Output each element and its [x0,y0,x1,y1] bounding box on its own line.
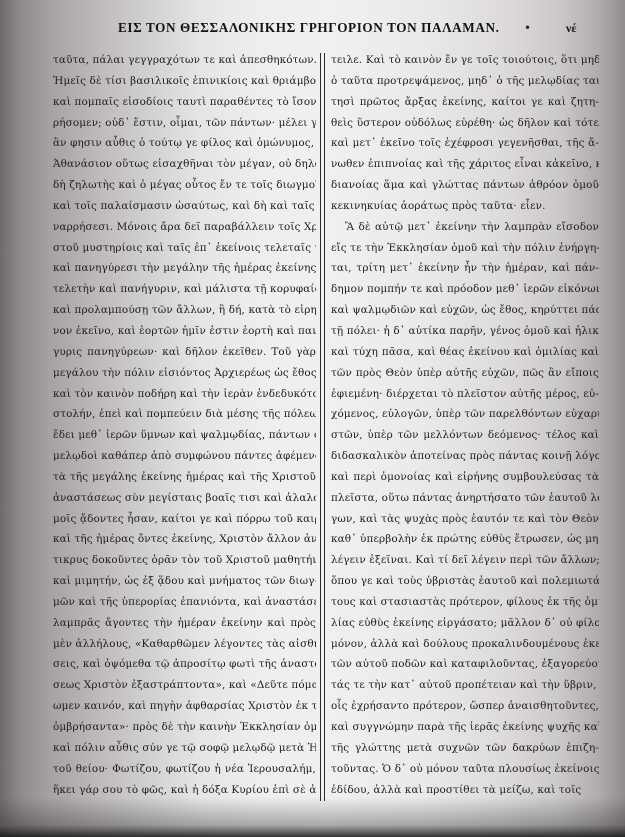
text-line: τοῦ θείου· Φωτίζου, φωτίζου ἡ νέα Ἱερουσ… [53,759,316,780]
text-line: ἀναστάσεως σὺν μεγίσταις βοαῖς τισι καὶ … [53,488,316,509]
text-line: ναρρήσεσι. Μόνοις ἄρα δεῖ παραβάλλειν το… [53,217,316,238]
left-text-column: ταῦτα, πάλαι γεγγραχότων τε καὶ ἀπεσθηκό… [53,50,316,800]
text-line: ὀμβρήσαντα»· πρὸς δὲ τὴν καινὴν Ἐκκλησία… [53,717,316,738]
text-line: λαμπρᾶς ἄγοντες τὴν ἡμέραν ἐκείνην καὶ π… [53,613,316,634]
text-line: τοῦντας. Ὁ δ᾽ οὐ μόνον ταῦτα πλουσίως ἐκ… [331,759,599,780]
text-line: μελῳδοὶ καθάπερ ἀπὸ συμφώνου πάντες ἀφέμ… [53,446,316,467]
text-line: ται, τρίτη μετ᾽ ἐκείνην ἦν τὴν ἡμέραν, κ… [331,258,599,279]
text-line: καὶ μιμητήν, ὡς ἐξ ᾅδου καὶ μνήματος τῶν… [53,571,316,592]
text-line: εἴς τε τὴν Ἐκκλησίαν ὁμοῦ καὶ τὴν πόλιν … [331,238,599,259]
page-number: νέ [566,21,577,36]
text-line: δὴ ζηλωτὴς καὶ ὁ μέγας οὗτος ἔν τε τοῖς … [53,175,316,196]
text-line: καὶ πανηγύρεσι τὴν μεγάλην τῆς ἡμέρας ἐκ… [53,258,316,279]
text-line: καὶ μετ᾽ ἐκεῖνο τοῖς ἐχέφροσι γεγενῆσθαι… [331,133,599,154]
text-line: καὶ περὶ ὁμονοίας καὶ εἰρήνης συμβουλεύσ… [331,467,599,488]
text-line: Ἀθανάσιον οὕτως εἰσαχθῆναι τὸν μέγαν, οὐ… [53,154,316,175]
text-line: λίας εὐθὺς ἐκείνης εἰργάσατο; μᾶλλον δ᾽ … [331,613,599,634]
text-line: καὶ τὸν καινὸν ποδήρη καὶ τὴν ἱερὰν ἐνδε… [53,384,316,405]
text-line: ἥκει γάρ σου τὸ φῶς, καὶ ἡ δόξα Κυρίου ἐ… [53,780,316,801]
text-line: ταῦτα, πάλαι γεγγραχότων τε καὶ ἀπεσθηκό… [53,50,316,71]
text-line: νωθεν ἐπιπνοίας καὶ τῆς χάριτος εἶναι κἀ… [331,154,599,175]
right-text-column: τειλε. Καὶ τὸ καινὸν ἔν γε τοῖς τοιούτοι… [331,50,599,800]
text-line: διανοίας ἅμα καὶ γλώττας πάντων ἀθρόον ὁ… [331,175,599,196]
text-line: μοῖς ᾄδοντες ἦσαν, καίτοι γε καὶ πόρρω τ… [53,509,316,530]
text-line: καὶ προλαμπούσῃ τῶν ἄλλων, ἣ δή, κατὰ τὸ… [53,300,316,321]
text-line: καθ᾽ ὑπερβολὴν ἐκ πρώτης εὐθὺς ἔτρωσεν, … [331,529,599,550]
text-line: τὰ τῆς μεγάλης ἐκείνης ἡμέρας καὶ τῆς Χρ… [53,467,316,488]
text-line: καὶ πόλιν αὖθις σύν γε τῷ σοφῷ μελῳδῷ με… [53,738,316,759]
text-line: τειλε. Καὶ τὸ καινὸν ἔν γε τοῖς τοιούτοι… [331,50,599,71]
text-line: στοῦ μυστηρίοις καὶ ταῖς ἐπ᾽ ἐκείνοις τε… [53,238,316,259]
text-line: στῶν, ὑπὲρ τῶν μελλόντων δεόμενος· τέλος… [331,425,599,446]
separator-dot: • [524,21,531,35]
text-line: καὶ τοῖς παλαίσμασιν ὡσαύτως, καὶ δὴ καὶ… [53,196,316,217]
text-line: ὁ ταῦτα προτρεψάμενος, μηδ᾽ ὁ τῆς μελῳδί… [331,71,599,92]
text-line: πλεῖστα, οὕτω πάντας ἀνηρτήσατο τῶν ἑαυτ… [331,488,599,509]
text-line: καὶ τῆς ἡμέρας ὄντες ἐκείνης, Χριστὸν ἄλ… [53,529,316,550]
text-line: ρήσομεν; οὐδ᾽ ἔστιν, οἶμαι, τῶν πάντων· … [53,113,316,134]
text-line: λέγειν ἐξεῖναι. Καὶ τί δεῖ λέγειν περὶ τ… [331,550,599,571]
scanned-page: ΕΙΣ ΤΟΝ ΘΕΣΣΑΛΟΝΙΚΗΣ ΓΡΗΓΟΡΙΟΝ ΤΟΝ ΠΑΛΑΜ… [0,0,625,837]
text-line: κεκινηκυίας ἀοράτως πρὸς ταῦτα· εἶεν. [331,196,599,217]
running-head: ΕΙΣ ΤΟΝ ΘΕΣΣΑΛΟΝΙΚΗΣ ΓΡΗΓΟΡΙΟΝ ΤΟΝ ΠΑΛΑΜ… [118,20,499,36]
text-line: σεις, καὶ ὀψόμεθα τῷ ἀπροσίτῳ φωτὶ τῆς ἀ… [53,654,316,675]
text-line: δημον πομπήν τε καὶ πρόοδον μεθ᾽ ἱερῶν ε… [331,279,599,300]
text-line: ωμεν καινόν, καὶ πηγὴν ἀφθαρσίας Χριστὸν… [53,696,316,717]
text-line: καὶ τύχη πᾶσα, καὶ θέας ἐκείνου καὶ ὁμιλ… [331,342,599,363]
text-line: ἔδει μεθ᾽ ἱερῶν ὕμνων καὶ ψαλμῳδίας, πάν… [53,425,316,446]
text-line: μεγάλου τὴν πόλιν εἰσιόντος Ἀρχιερέως ὡς… [53,363,316,384]
column-divider-rule [324,53,325,801]
text-line: τους καὶ στασιαστὰς πρότερον, φίλους ἐκ … [331,592,599,613]
text-line: τῆς γλώττης μετὰ συχνῶν τῶν δακρύων ἐπιζ… [331,738,599,759]
text-line: καὶ πομπαῖς εἰσοδίοις ταυτὶ παραθέντες τ… [53,92,316,113]
text-line: διδασκαλικὸν ἀποτείνας πρὸς πάντας κοινῇ… [331,446,599,467]
text-line: μόνον, ἀλλὰ καὶ δούλους προκαλινδουμένου… [331,634,599,655]
text-line: ὅπου γε καὶ τοὺς ὑβριστὰς ἑαυτοῦ καὶ πολ… [331,571,599,592]
text-line: γων, καὶ τὰς ψυχὰς πρὸς ἑαυτόν τε καὶ τὸ… [331,509,599,530]
text-line: καὶ ψαλμῳδιῶν καὶ εὐχῶν, ὡς ἔθος, κηρύττ… [331,300,599,321]
text-line: στολήν, ἐπεὶ καὶ πομπεύειν διὰ μέσης τῆς… [53,404,316,425]
text-line: μὲν ἀλλήλους, «Καθαρθῶμεν λέγοντες τὰς α… [53,634,316,655]
text-line: νον ἐκεῖνο, καὶ ἑορτῶν ἡμῖν ἐστιν ἑορτὴ … [53,321,316,342]
text-line: τησὶ πρῶτος ἄρξας ἐκείνης, καίτοι γε καὶ… [331,92,599,113]
text-line: ἐδίδου, ἀλλὰ καὶ προστίθει τὰ μείζω, καὶ… [331,780,599,801]
text-line: σεως Χριστὸν ἐξαστράπτοντα», καὶ «Δεῦτε … [53,675,316,696]
text-line: τικρυς δοκοῦντες ὁρᾶν τὸν τοῦ Χριστοῦ μα… [53,550,316,571]
text-line: Ἡμεῖς δὲ τίσι βασιλικοῖς ἐπινικίοις καὶ … [53,71,316,92]
text-line: χόμενος, εὐλογῶν, ὑπὲρ τῶν παρελθόντων ε… [331,404,599,425]
text-line: θεὶς ὕστερον οὐδόλως εὑρέθη· ὡς δῆλον κα… [331,113,599,134]
text-line: μῶν καὶ τῆς ὑπερορίας ἐπανιόντα, καὶ ἀνα… [53,592,316,613]
text-line: τάς τε τὴν κατ᾽ αὐτοῦ προπέτειαν καὶ τὴν… [331,675,599,696]
text-line: τελετὴν καὶ πανήγυριν, καὶ μάλιστα τῇ κο… [53,279,316,300]
text-line: τῶν αὐτοῦ ποδῶν καὶ καταφιλοῦντας, ἐξαγο… [331,654,599,675]
text-line: ἐφιεμένη· διέρχεται τὸ πλεῖστον αὐτῆς μέ… [331,384,599,405]
text-line: ἂν φησιν αὖθις ὁ τούτῳ γε φίλος καὶ ὁμών… [53,133,316,154]
text-line: γυρις πανηγύρεων· καὶ δῆλον ἐκεῖθεν. Τοῦ… [53,342,316,363]
text-line: οἷς ἐχρήσαντο πρότερον, ὥσπερ ἀναισθητοῦ… [331,696,599,717]
column-divider-rule [320,53,321,801]
text-line: τῶν πρὸς Θεὸν ὑπὲρ αὐτῆς εὐχῶν, πῶς ἂν ε… [331,363,599,384]
text-line: καὶ συγγνώμην παρὰ τῆς ἱερᾶς ἐκείνης ψυχ… [331,717,599,738]
text-line: τῇ πόλει· ἡ δ᾽ αὐτίκα παρῆν, γένος ὁμοῦ … [331,321,599,342]
text-line: Ἃ δὲ αὐτῷ μετ᾽ ἐκείνην τὴν λαμπρὰν εἴσοδ… [331,217,599,238]
